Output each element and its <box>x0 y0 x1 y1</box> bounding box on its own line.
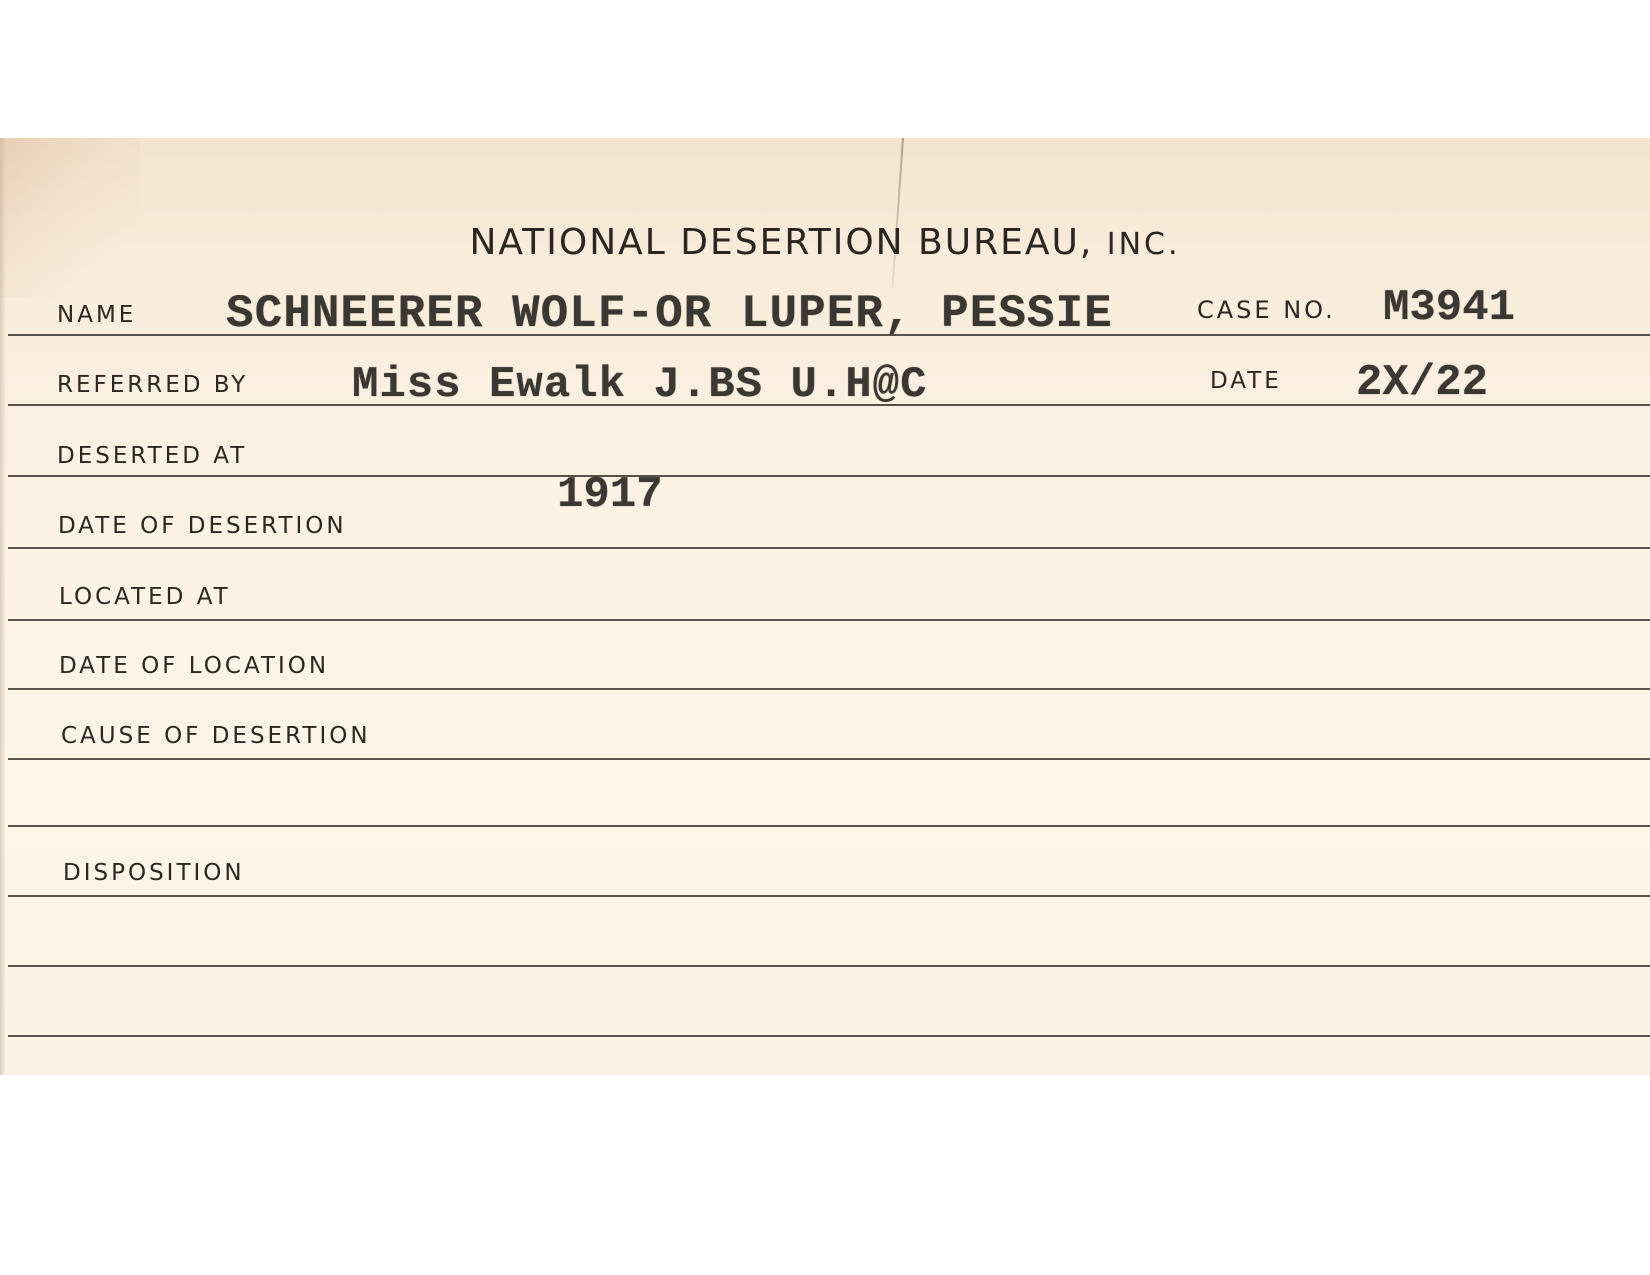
referred-by-value: Miss Ewalk J.BS U.H@C <box>352 360 928 410</box>
date-of-location-rule <box>8 688 1650 690</box>
bureau-name: NATIONAL DESERTION BUREAU, <box>470 222 1094 263</box>
disposition-label: DISPOSITION <box>63 860 245 886</box>
date-of-location-label: DATE OF LOCATION <box>59 653 329 679</box>
date-of-desertion-rule <box>8 547 1650 549</box>
cause-of-desertion-rule <box>8 758 1650 760</box>
index-card: NATIONAL DESERTION BUREAU, INC. NAME SCH… <box>0 138 1650 1075</box>
referred-by-rule <box>8 404 1650 406</box>
referred-by-label: REFERRED BY <box>57 372 248 398</box>
name-label: NAME <box>57 302 136 328</box>
deserted-at-label: DESERTED AT <box>57 443 247 469</box>
date-label: DATE <box>1210 368 1282 394</box>
name-value: SCHNEERER WOLF-OR LUPER, PESSIE <box>226 288 1113 340</box>
card-crease <box>892 138 904 288</box>
deserted-at-rule <box>8 475 1650 477</box>
date-value: 2X/22 <box>1356 358 1488 408</box>
card-title: NATIONAL DESERTION BUREAU, INC. <box>0 222 1650 263</box>
bureau-suffix: INC. <box>1107 227 1181 262</box>
disposition-rule <box>8 895 1650 897</box>
case-no-value: M3941 <box>1383 283 1515 333</box>
cause-of-desertion-label: CAUSE OF DESERTION <box>61 723 371 749</box>
date-of-desertion-label: DATE OF DESERTION <box>58 513 347 539</box>
case-no-label: CASE NO. <box>1197 296 1336 324</box>
date-of-desertion-value: 1917 <box>557 470 663 520</box>
name-rule <box>8 334 1650 336</box>
disposition-rule-2 <box>8 965 1650 967</box>
disposition-rule-3 <box>8 1035 1650 1037</box>
located-at-rule <box>8 619 1650 621</box>
cause-of-desertion-rule-2 <box>8 825 1650 827</box>
located-at-label: LOCATED AT <box>59 584 231 610</box>
